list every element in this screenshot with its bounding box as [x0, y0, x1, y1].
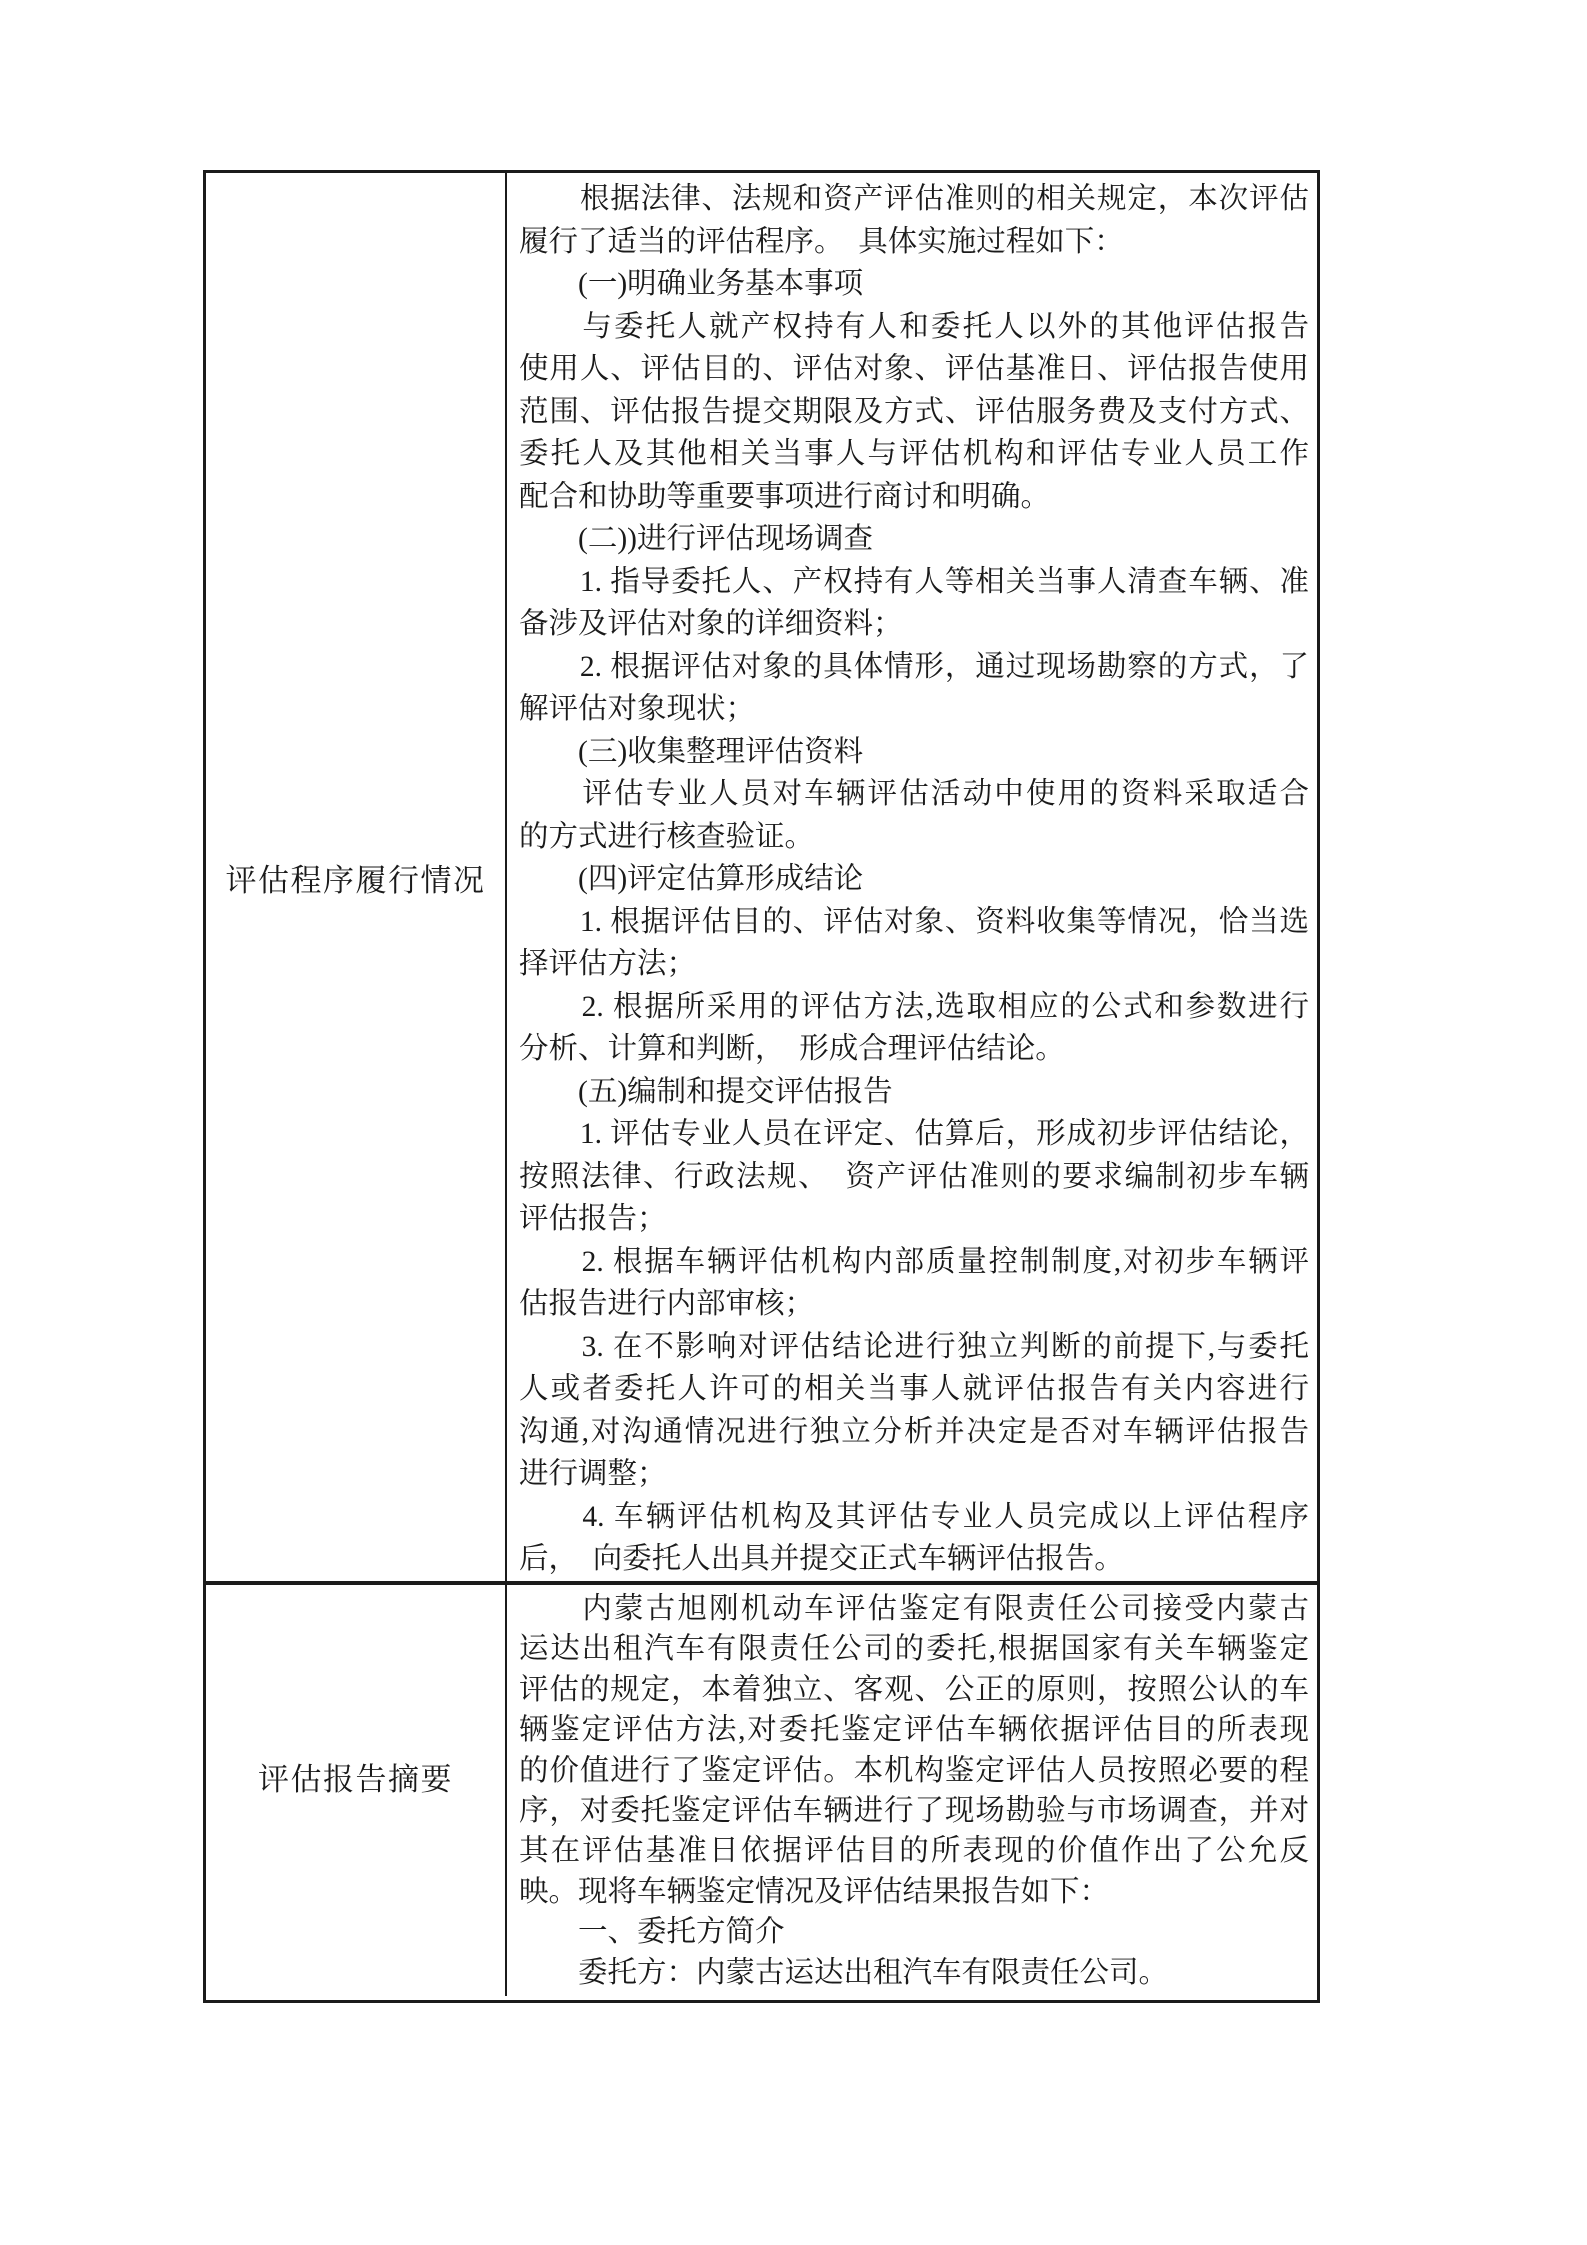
text-line: 评估报告； [519, 1198, 1309, 1241]
row-label-summary: 评估报告摘要 [258, 1754, 453, 1799]
text-line: 序，对委托鉴定评估车辆进行了现场勘验与市场调查，并对 [519, 1791, 1309, 1831]
text-line: 择评估方法； [519, 943, 1309, 986]
row-label-procedure: 评估程序履行情况 [226, 855, 486, 900]
text-line: 委托方：内蒙古运达出租汽车有限责任公司。 [519, 1953, 1309, 1993]
text-line: 一、委托方简介 [519, 1912, 1309, 1952]
text-line: 映。现将车辆鉴定情况及评估结果报告如下： [519, 1872, 1309, 1912]
text-line: 2. 根据所采用的评估方法,选取相应的公式和参数进行 [519, 986, 1309, 1029]
text-line: 评估专业人员对车辆评估活动中使用的资料采取适合 [519, 773, 1309, 816]
text-line: 1. 根据评估目的、评估对象、资料收集等情况，恰当选 [519, 901, 1309, 944]
text-line: (四)评定估算形成结论 [519, 858, 1309, 901]
text-line: 运达出租汽车有限责任公司的委托,根据国家有关车辆鉴定 [519, 1629, 1309, 1669]
text-line: 进行调整； [519, 1453, 1309, 1496]
assessment-report-table: 评估程序履行情况 根据法律、法规和资产评估准则的相关规定，本次评估履行了适当的评… [203, 170, 1320, 2003]
text-line: 估报告进行内部审核； [519, 1283, 1309, 1326]
text-line: 分析、计算和判断， 形成合理评估结论。 [519, 1028, 1309, 1071]
text-line: 使用人、评估目的、评估对象、评估基准日、评估报告使用 [519, 348, 1309, 391]
text-line: (一)明确业务基本事项 [519, 263, 1309, 306]
text-line: 内蒙古旭刚机动车评估鉴定有限责任公司接受内蒙古 [519, 1589, 1309, 1629]
text-line: 其在评估基准日依据评估目的所表现的价值作出了公允反 [519, 1831, 1309, 1871]
text-line: 4. 车辆评估机构及其评估专业人员完成以上评估程序 [519, 1496, 1309, 1539]
text-line: 沟通,对沟通情况进行独立分析并决定是否对车辆评估报告 [519, 1411, 1309, 1454]
table-row-summary: 评估报告摘要 内蒙古旭刚机动车评估鉴定有限责任公司接受内蒙古运达出租汽车有限责任… [206, 1585, 1317, 1996]
text-line: 1. 指导委托人、产权持有人等相关当事人清查车辆、准 [519, 561, 1309, 604]
text-line: (二))进行评估现场调查 [519, 518, 1309, 561]
text-line: 后， 向委托人出具并提交正式车辆评估报告。 [519, 1538, 1309, 1581]
text-line: (五)编制和提交评估报告 [519, 1071, 1309, 1114]
text-line: 人或者委托人许可的相关当事人就评估报告有关内容进行 [519, 1368, 1309, 1411]
table-row-procedure: 评估程序履行情况 根据法律、法规和资产评估准则的相关规定，本次评估履行了适当的评… [206, 173, 1317, 1585]
text-line: 根据法律、法规和资产评估准则的相关规定，本次评估 [519, 178, 1309, 221]
text-line: 2. 根据评估对象的具体情形，通过现场勘察的方式，了 [519, 646, 1309, 689]
text-line: 配合和协助等重要事项进行商讨和明确。 [519, 476, 1309, 519]
text-line: 2. 根据车辆评估机构内部质量控制制度,对初步车辆评 [519, 1241, 1309, 1284]
text-line: 按照法律、行政法规、 资产评估准则的要求编制初步车辆 [519, 1156, 1309, 1199]
text-line: (三)收集整理评估资料 [519, 731, 1309, 774]
row-content-procedure: 根据法律、法规和资产评估准则的相关规定，本次评估履行了适当的评估程序。 具体实施… [507, 173, 1317, 1581]
document-page: 评估程序履行情况 根据法律、法规和资产评估准则的相关规定，本次评估履行了适当的评… [0, 0, 1587, 2245]
row-content-summary: 内蒙古旭刚机动车评估鉴定有限责任公司接受内蒙古运达出租汽车有限责任公司的委托,根… [507, 1585, 1317, 1996]
text-line: 解评估对象现状； [519, 688, 1309, 731]
row-label-cell: 评估报告摘要 [206, 1585, 507, 1996]
text-line: 评估的规定，本着独立、客观、公正的原则，按照公认的车 [519, 1670, 1309, 1710]
text-line: 范围、评估报告提交期限及方式、评估服务费及支付方式、 [519, 391, 1309, 434]
text-line: 履行了适当的评估程序。 具体实施过程如下： [519, 221, 1309, 264]
row-label-cell: 评估程序履行情况 [206, 173, 507, 1581]
text-line: 委托人及其他相关当事人与评估机构和评估专业人员工作 [519, 433, 1309, 476]
text-line: 与委托人就产权持有人和委托人以外的其他评估报告 [519, 306, 1309, 349]
text-line: 的价值进行了鉴定评估。本机构鉴定评估人员按照必要的程 [519, 1751, 1309, 1791]
text-line: 1. 评估专业人员在评定、估算后，形成初步评估结论， [519, 1113, 1309, 1156]
text-line: 辆鉴定评估方法,对委托鉴定评估车辆依据评估目的所表现 [519, 1710, 1309, 1750]
text-line: 的方式进行核查验证。 [519, 816, 1309, 859]
text-line: 备涉及评估对象的详细资料； [519, 603, 1309, 646]
text-line: 3. 在不影响对评估结论进行独立判断的前提下,与委托 [519, 1326, 1309, 1369]
